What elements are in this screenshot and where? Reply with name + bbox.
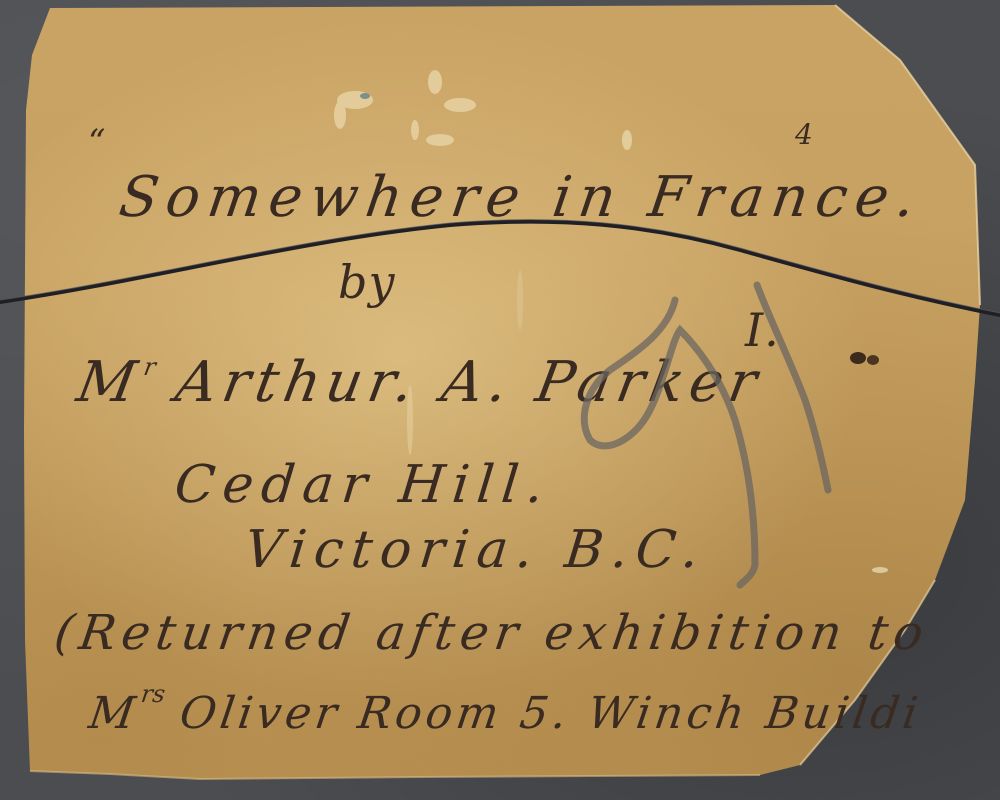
- address-street: Cedar Hill.: [172, 455, 554, 515]
- note-honorific: M: [86, 688, 142, 739]
- author-name: Arthur. A. Parker: [171, 350, 768, 415]
- artist-name: Mr Arthur. A. Parker: [72, 350, 767, 415]
- closing-mark: 4: [795, 118, 814, 151]
- address-city: Victoria. B.C.: [242, 520, 710, 580]
- note-recipient-address: Oliver Room 5. Winch Buildi: [177, 688, 925, 739]
- roman-numeral: I.: [745, 303, 780, 357]
- artwork-title: Somewhere in France.: [115, 165, 926, 230]
- return-note-line-1: (Returned after exhibition to: [51, 605, 933, 661]
- by-line: by: [338, 255, 395, 309]
- honorific: M: [72, 350, 147, 415]
- note-honorific-superscript: rs: [139, 680, 167, 708]
- return-note-line-2: Mrs Oliver Room 5. Winch Buildi: [86, 680, 926, 739]
- opening-quote-mark: “: [88, 122, 106, 162]
